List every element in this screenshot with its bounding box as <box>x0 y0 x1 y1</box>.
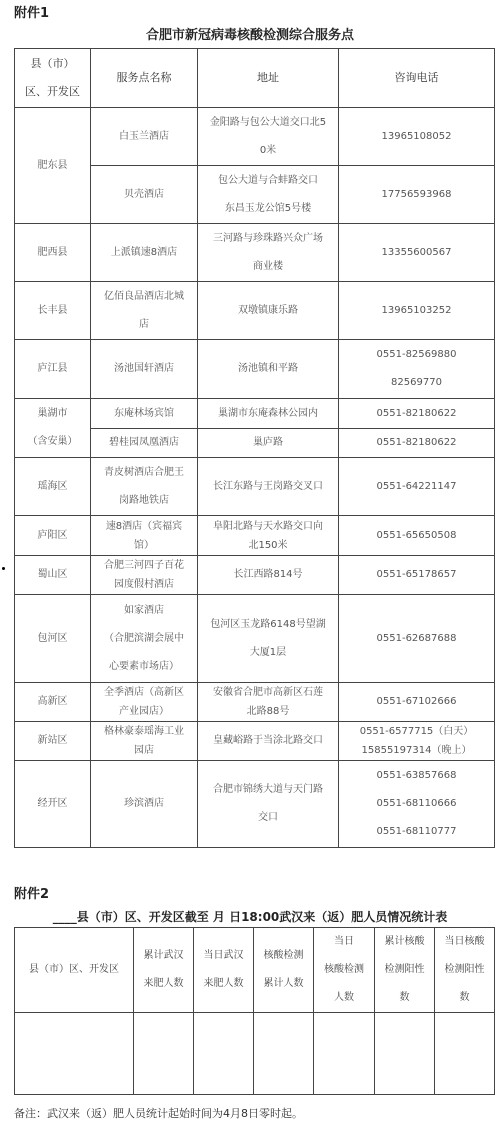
district-cell: 包河区 <box>15 595 91 683</box>
table-row: 蜀山区 合肥三河四子百花园度假村酒店 长江西路814号 0551-6517865… <box>15 556 495 595</box>
empty-cell[interactable] <box>375 1013 435 1095</box>
name-cell: 青皮树酒店合肥王岗路地铁店 <box>91 458 198 516</box>
phone-cell: 13965108052 <box>339 108 495 166</box>
table-row: 新站区 格林豪泰瑶海工业园店 皇藏峪路于当涂北路交口 0551-6577715（… <box>15 722 495 761</box>
header-daily-arrivals: 当日武汉来肥人数 <box>194 928 254 1013</box>
bullet-dot <box>2 567 5 570</box>
address-cell: 巢庐路 <box>198 429 339 458</box>
empty-cell[interactable] <box>15 1013 134 1095</box>
name-cell: 白玉兰酒店 <box>91 108 198 166</box>
empty-cell[interactable] <box>314 1013 375 1095</box>
address-cell: 合肥市锦绣大道与天门路交口 <box>198 761 339 848</box>
table-row <box>15 1013 495 1095</box>
name-cell: 珍滨酒店 <box>91 761 198 848</box>
phone-cell: 0551-64221147 <box>339 458 495 516</box>
table-header-row: 县（市） 区、开发区 服务点名称 地址 咨询电话 <box>15 49 495 108</box>
header-district: 县（市） 区、开发区 <box>15 49 91 108</box>
name-cell: 碧桂园凤凰酒店 <box>91 429 198 458</box>
name-cell: 速8酒店（宾福宾馆） <box>91 516 198 556</box>
name-cell: 上派镇速8酒店 <box>91 224 198 282</box>
address-cell: 安徽省合肥市高新区石莲北路88号 <box>198 683 339 722</box>
empty-cell[interactable] <box>254 1013 314 1095</box>
phone-cell: 0551-65650508 <box>339 516 495 556</box>
address-cell: 阜阳北路与天水路交口向北150米 <box>198 516 339 556</box>
address-cell: 长江西路814号 <box>198 556 339 595</box>
header-cumulative-arrivals: 累计武汉来肥人数 <box>134 928 194 1013</box>
phone-cell: 0551-65178657 <box>339 556 495 595</box>
table-row: 包河区 如家酒店（合肥滨湖会展中心要素市场店） 包河区玉龙路6148号望湖大厦1… <box>15 595 495 683</box>
footnote: 备注：武汉来（返）肥人员统计起始时间为4月8日零时起。 <box>14 1105 303 1121</box>
empty-cell[interactable] <box>134 1013 194 1095</box>
district-cell: 庐江县 <box>15 340 91 399</box>
table-row: 高新区 全季酒店（高新区产业园店） 安徽省合肥市高新区石莲北路88号 0551-… <box>15 683 495 722</box>
table-row: 庐江县 汤池国轩酒店 汤池镇和平路 0551-8256988082569770 <box>15 340 495 399</box>
phone-cell: 0551-62687688 <box>339 595 495 683</box>
address-cell: 巢湖市东庵森林公园内 <box>198 399 339 429</box>
name-cell: 东庵林场宾馆 <box>91 399 198 429</box>
table-row: 肥西县 上派镇速8酒店 三河路与珍珠路兴众广场商业楼 13355600567 <box>15 224 495 282</box>
phone-cell: 0551-82180622 <box>339 399 495 429</box>
attachment1-title: 合肥市新冠病毒核酸检测综合服务点 <box>0 24 500 43</box>
empty-cell[interactable] <box>435 1013 495 1095</box>
address-cell: 皇藏峪路于当涂北路交口 <box>198 722 339 761</box>
statistics-table: 县（市）区、开发区 累计武汉来肥人数 当日武汉来肥人数 核酸检测累计人数 当日核… <box>14 927 495 1095</box>
table-row: 瑶海区 青皮树酒店合肥王岗路地铁店 长江东路与王岗路交叉口 0551-64221… <box>15 458 495 516</box>
header-district: 县（市）区、开发区 <box>15 928 134 1013</box>
district-cell: 庐阳区 <box>15 516 91 556</box>
table-row: 肥东县 白玉兰酒店 金阳路与包公大道交口北50米 13965108052 <box>15 108 495 166</box>
attachment2-title: ____县（市）区、开发区截至 月 日18:00武汉来（返）肥人员情况统计表 <box>0 908 500 925</box>
district-cell: 肥西县 <box>15 224 91 282</box>
district-cell: 巢湖市（含安巢） <box>15 399 91 458</box>
district-cell: 高新区 <box>15 683 91 722</box>
table-header-row: 县（市）区、开发区 累计武汉来肥人数 当日武汉来肥人数 核酸检测累计人数 当日核… <box>15 928 495 1013</box>
name-cell: 格林豪泰瑶海工业园店 <box>91 722 198 761</box>
empty-cell[interactable] <box>194 1013 254 1095</box>
table-row: 巢湖市（含安巢） 东庵林场宾馆 巢湖市东庵森林公园内 0551-82180622 <box>15 399 495 429</box>
district-cell: 长丰县 <box>15 282 91 340</box>
table-row: 经开区 珍滨酒店 合肥市锦绣大道与天门路交口 0551-638576680551… <box>15 761 495 848</box>
address-cell: 汤池镇和平路 <box>198 340 339 399</box>
name-cell: 如家酒店（合肥滨湖会展中心要素市场店） <box>91 595 198 683</box>
phone-cell: 0551-67102666 <box>339 683 495 722</box>
address-cell: 包河区玉龙路6148号望湖大厦1层 <box>198 595 339 683</box>
header-cumulative-tests: 核酸检测累计人数 <box>254 928 314 1013</box>
header-name: 服务点名称 <box>91 49 198 108</box>
name-cell: 亿佰良品酒店北城店 <box>91 282 198 340</box>
attachment1-label: 附件1 <box>14 2 49 21</box>
district-cell: 肥东县 <box>15 108 91 224</box>
district-cell: 经开区 <box>15 761 91 848</box>
header-daily-tests: 当日核酸检测人数 <box>314 928 375 1013</box>
phone-cell: 13965103252 <box>339 282 495 340</box>
phone-cell: 0551-638576680551-681106660551-68110777 <box>339 761 495 848</box>
header-daily-positives: 当日核酸检测阳性数 <box>435 928 495 1013</box>
name-cell: 贝壳酒店 <box>91 166 198 224</box>
phone-cell: 0551-8256988082569770 <box>339 340 495 399</box>
header-phone: 咨询电话 <box>339 49 495 108</box>
address-cell: 长江东路与王岗路交叉口 <box>198 458 339 516</box>
service-points-table: 县（市） 区、开发区 服务点名称 地址 咨询电话 肥东县 白玉兰酒店 金阳路与包… <box>14 48 495 848</box>
address-cell: 包公大道与合蚌路交口东昌玉龙公馆5号楼 <box>198 166 339 224</box>
address-cell: 三河路与珍珠路兴众广场商业楼 <box>198 224 339 282</box>
district-cell: 蜀山区 <box>15 556 91 595</box>
header-address: 地址 <box>198 49 339 108</box>
table-row: 长丰县 亿佰良品酒店北城店 双墩镇康乐路 13965103252 <box>15 282 495 340</box>
table-row: 庐阳区 速8酒店（宾福宾馆） 阜阳北路与天水路交口向北150米 0551-656… <box>15 516 495 556</box>
name-cell: 全季酒店（高新区产业园店） <box>91 683 198 722</box>
attachment2-label: 附件2 <box>14 883 49 902</box>
address-cell: 双墩镇康乐路 <box>198 282 339 340</box>
header-cumulative-positives: 累计核酸检测阳性数 <box>375 928 435 1013</box>
name-cell: 合肥三河四子百花园度假村酒店 <box>91 556 198 595</box>
district-cell: 瑶海区 <box>15 458 91 516</box>
phone-cell: 13355600567 <box>339 224 495 282</box>
phone-cell: 0551-6577715（白天）15855197314（晚上） <box>339 722 495 761</box>
phone-cell: 17756593968 <box>339 166 495 224</box>
address-cell: 金阳路与包公大道交口北50米 <box>198 108 339 166</box>
name-cell: 汤池国轩酒店 <box>91 340 198 399</box>
phone-cell: 0551-82180622 <box>339 429 495 458</box>
district-cell: 新站区 <box>15 722 91 761</box>
